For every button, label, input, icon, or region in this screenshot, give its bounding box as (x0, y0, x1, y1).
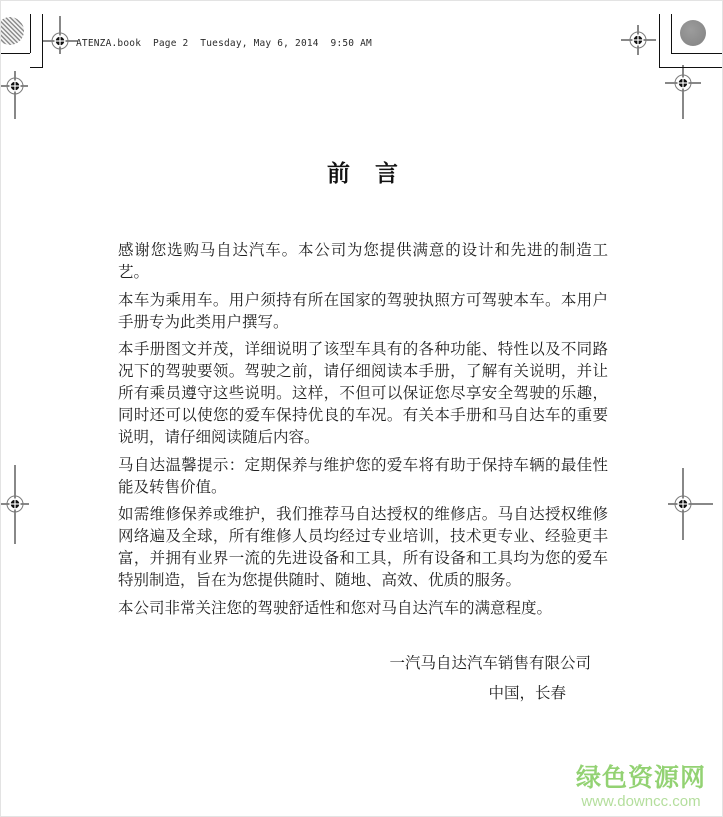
halftone-striped-circle-icon (0, 17, 24, 45)
document-body: 前 言 感谢您选购马自达汽车。本公司为您提供满意的设计和先进的制造工艺。 本车为… (118, 161, 608, 709)
watermark-site-url: www.downcc.com (576, 794, 706, 809)
crop-mark-line (671, 53, 723, 54)
paragraph: 感谢您选购马自达汽车。本公司为您提供满意的设计和先进的制造工艺。 (118, 240, 608, 284)
watermark: 绿色资源网 www.downcc.com (576, 766, 706, 809)
signature-company: 一汽马自达汽车销售有限公司 (118, 649, 608, 679)
registration-mark-icon (1, 71, 28, 119)
crop-mark-line (30, 14, 31, 53)
registration-mark-icon (665, 65, 701, 119)
registration-mark-icon (621, 25, 656, 55)
paragraph: 本车为乘用车。用户须持有所在国家的驾驶执照方可驾驶本车。本用户手册专为此类用户撰… (118, 290, 608, 334)
crop-mark-line (671, 14, 672, 53)
registration-mark-icon (668, 468, 713, 540)
registration-mark-icon (1, 465, 29, 544)
page-title: 前 言 (118, 161, 608, 186)
print-header-text: ATENZA.book Page 2 Tuesday, May 6, 2014 … (76, 38, 372, 49)
crop-mark-line (1, 53, 30, 54)
signature-block: 一汽马自达汽车销售有限公司 中国，长春 (118, 649, 608, 709)
manual-page: ATENZA.book Page 2 Tuesday, May 6, 2014 … (0, 0, 723, 817)
paragraph: 如需维修保养或维护，我们推荐马自达授权的维修店。马自达授权维修网络遍及全球，所有… (118, 504, 608, 592)
crop-mark-line (659, 14, 660, 67)
paragraph: 马自达温馨提示：定期保养与维护您的爱车将有助于保持车辆的最佳性能及转售价值。 (118, 455, 608, 499)
paragraph: 本公司非常关注您的驾驶舒适性和您对马自达汽车的满意程度。 (118, 598, 608, 620)
crop-mark-line (30, 67, 43, 68)
registration-mark-icon (42, 16, 78, 54)
gray-halftone-circle-icon (680, 20, 706, 46)
signature-location: 中国，长春 (118, 679, 608, 709)
watermark-site-name: 绿色资源网 (576, 766, 706, 791)
paragraph: 本手册图文并茂，详细说明了该型车具有的各种功能、特性以及不同路况下的驾驶要领。驾… (118, 339, 608, 449)
